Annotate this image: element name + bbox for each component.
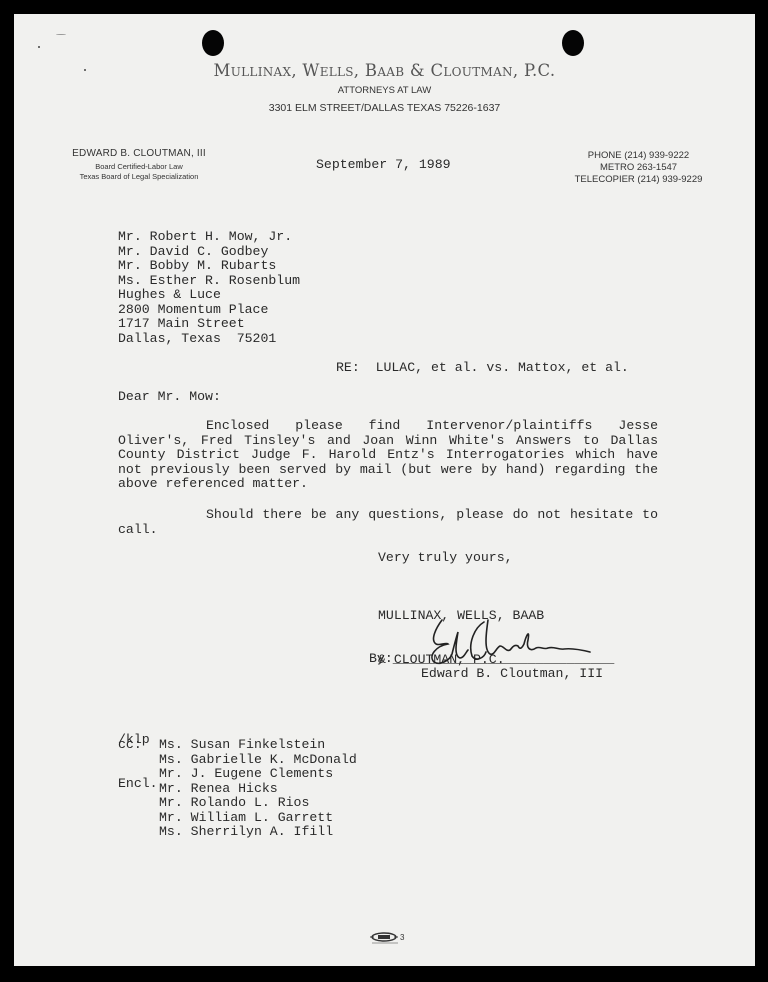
cc-recipient: Ms. Gabrielle K. McDonald xyxy=(159,753,357,768)
recipient-line: Mr. Robert H. Mow, Jr. xyxy=(118,230,300,245)
cc-label: cc: xyxy=(118,738,142,753)
recipient-line: 1717 Main Street xyxy=(118,317,300,332)
closing: Very truly yours, xyxy=(378,551,513,566)
signer-name: Edward B. Cloutman, III xyxy=(421,667,603,682)
cc-recipient: Mr. William L. Garrett xyxy=(159,811,357,826)
recipient-line: Dallas, Texas 75201 xyxy=(118,332,300,347)
cc-recipient: Mr. Rolando L. Rios xyxy=(159,796,357,811)
punch-hole-left xyxy=(202,30,224,56)
telecopier-number: TELECOPIER (214) 939-9229 xyxy=(566,174,711,186)
union-bug-icon: 3 xyxy=(366,931,416,945)
typist-block: /klp Encl. xyxy=(118,704,158,820)
recipient-line: Ms. Esther R. Rosenblum xyxy=(118,274,300,289)
cc-list: Ms. Susan FinkelsteinMs. Gabrielle K. Mc… xyxy=(159,738,357,840)
recipient-line: Mr. Bobby M. Rubarts xyxy=(118,259,300,274)
punch-hole-right xyxy=(562,30,584,56)
body-paragraph: Enclosed please find Intervenor/plaintif… xyxy=(118,419,658,492)
signature-line: By:____________________________ xyxy=(369,652,614,667)
contact-block: PHONE (214) 939-9222 METRO 263-1547 TELE… xyxy=(566,150,711,186)
cc-recipient: Mr. J. Eugene Clements xyxy=(159,767,357,782)
paper-speck xyxy=(38,46,40,48)
cc-recipient: Ms. Sherrilyn A. Ifill xyxy=(159,825,357,840)
firm-tagline: ATTORNEYS AT LAW xyxy=(14,85,755,96)
metro-number: METRO 263-1547 xyxy=(566,162,711,174)
attorney-block: EDWARD B. CLOUTMAN, III Board Certified-… xyxy=(54,148,224,182)
recipient-line: 2800 Momentum Place xyxy=(118,303,300,318)
attorney-board: Texas Board of Legal Specialization xyxy=(54,172,224,182)
salutation: Dear Mr. Mow: xyxy=(118,390,221,405)
enclosure-note: Encl. xyxy=(118,777,158,792)
attorney-name: EDWARD B. CLOUTMAN, III xyxy=(54,148,224,159)
letter-page: Mullinax, Wells, Baab & Cloutman, P.C. A… xyxy=(14,14,755,966)
cc-recipient: Ms. Susan Finkelstein xyxy=(159,738,357,753)
attorney-certification: Board Certified-Labor Law xyxy=(54,162,224,172)
letter-date: September 7, 1989 xyxy=(316,158,451,173)
re-line: RE: LULAC, et al. vs. Mattox, et al. xyxy=(336,361,629,376)
body-paragraph: Should there be any questions, please do… xyxy=(118,508,658,537)
paper-mark xyxy=(56,34,66,35)
cc-recipient: Mr. Renea Hicks xyxy=(159,782,357,797)
phone-number: PHONE (214) 939-9222 xyxy=(566,150,711,162)
svg-text:3: 3 xyxy=(400,933,405,942)
recipient-address-block: Mr. Robert H. Mow, Jr.Mr. David C. Godbe… xyxy=(118,230,300,346)
recipient-line: Hughes & Luce xyxy=(118,288,300,303)
firm-name: Mullinax, Wells, Baab & Cloutman, P.C. xyxy=(14,61,755,80)
firm-address: 3301 ELM STREET/DALLAS TEXAS 75226-1637 xyxy=(14,102,755,114)
recipient-line: Mr. David C. Godbey xyxy=(118,245,300,260)
